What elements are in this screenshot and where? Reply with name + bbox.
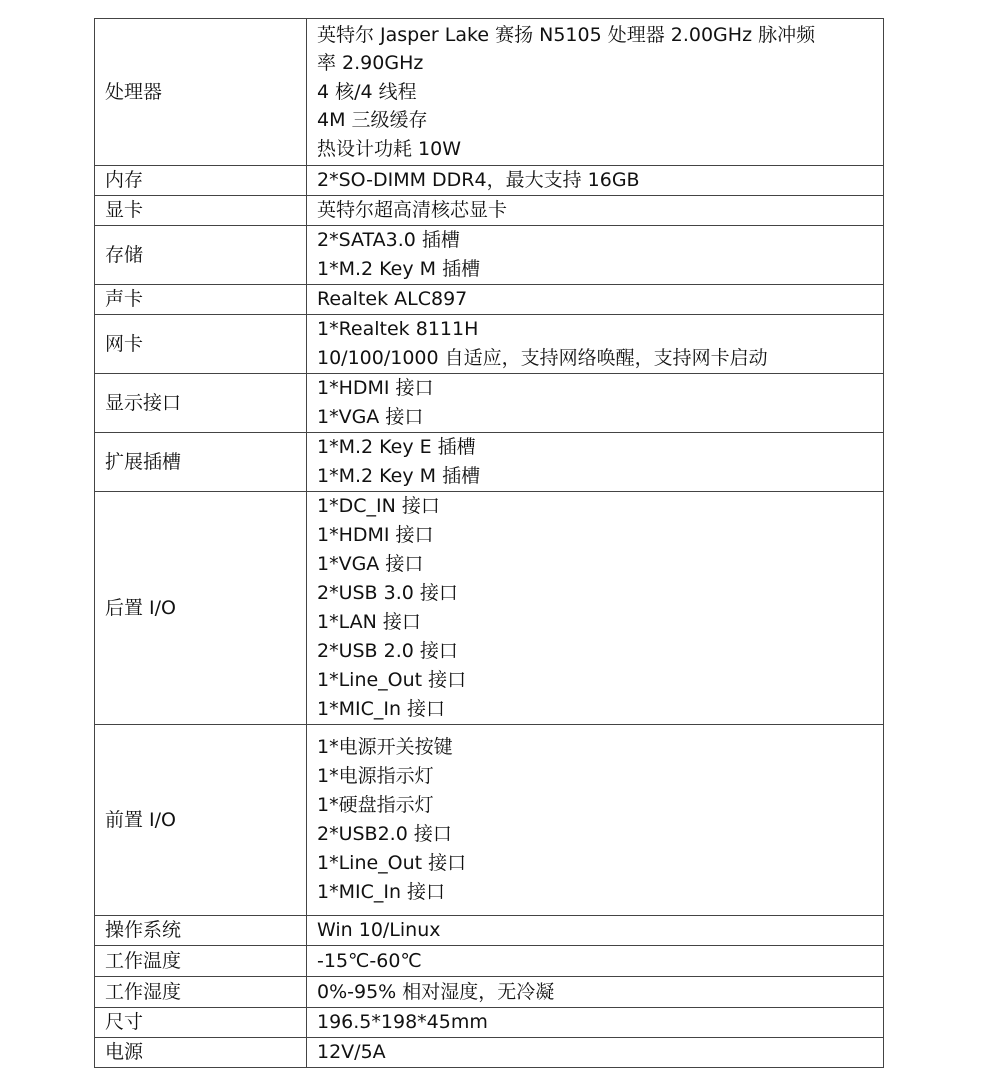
- spec-key: 后置 I/O: [95, 492, 307, 725]
- spec-value-line: 10/100/1000 自适应，支持网络唤醒，支持网卡启动: [317, 344, 883, 373]
- spec-value-line: 12V/5A: [317, 1038, 883, 1067]
- spec-value-line: 英特尔 Jasper Lake 赛扬 N5105 处理器 2.00GHz 脉冲频: [317, 21, 883, 50]
- spec-value: Realtek ALC897: [307, 285, 884, 315]
- spec-value: 1*Realtek 8111H10/100/1000 自适应，支持网络唤醒，支持…: [307, 315, 884, 374]
- spec-value-line: 4M 三级缓存: [317, 106, 883, 135]
- spec-value-line: 1*Line_Out 接口: [317, 849, 883, 878]
- spec-value-line: 1*电源开关按键: [317, 733, 883, 762]
- spec-value: 英特尔 Jasper Lake 赛扬 N5105 处理器 2.00GHz 脉冲频…: [307, 19, 884, 166]
- spec-value-line: 1*M.2 Key M 插槽: [317, 255, 883, 284]
- spec-value-line: 热设计功耗 10W: [317, 135, 883, 164]
- spec-value: Win 10/Linux: [307, 916, 884, 946]
- spec-value: 0%-95% 相对湿度，无冷凝: [307, 977, 884, 1008]
- spec-key: 操作系统: [95, 916, 307, 946]
- spec-value: 12V/5A: [307, 1038, 884, 1068]
- spec-row: 声卡Realtek ALC897: [95, 285, 884, 315]
- spec-value: 1*DC_IN 接口1*HDMI 接口1*VGA 接口2*USB 3.0 接口1…: [307, 492, 884, 725]
- spec-key: 前置 I/O: [95, 725, 307, 916]
- spec-row: 显卡英特尔超高清核芯显卡: [95, 196, 884, 226]
- spec-row: 工作温度-15℃-60℃: [95, 946, 884, 977]
- spec-value-line: Realtek ALC897: [317, 285, 883, 314]
- spec-value-line: 1*Realtek 8111H: [317, 315, 883, 344]
- spec-value-line: 2*SATA3.0 插槽: [317, 226, 883, 255]
- spec-value-line: 4 核/4 线程: [317, 78, 883, 107]
- spec-value-line: 2*SO-DIMM DDR4，最大支持 16GB: [317, 166, 883, 195]
- spec-row: 内存2*SO-DIMM DDR4，最大支持 16GB: [95, 166, 884, 196]
- spec-value-line: 1*HDMI 接口: [317, 521, 883, 550]
- spec-value-line: 1*Line_Out 接口: [317, 666, 883, 695]
- spec-key: 显示接口: [95, 374, 307, 433]
- spec-row: 网卡1*Realtek 8111H10/100/1000 自适应，支持网络唤醒，…: [95, 315, 884, 374]
- spec-value-line: 0%-95% 相对湿度，无冷凝: [317, 978, 883, 1007]
- spec-row: 工作湿度0%-95% 相对湿度，无冷凝: [95, 977, 884, 1008]
- spec-value-line: 196.5*198*45mm: [317, 1008, 883, 1037]
- spec-key: 工作温度: [95, 946, 307, 977]
- spec-row: 扩展插槽1*M.2 Key E 插槽1*M.2 Key M 插槽: [95, 433, 884, 492]
- spec-row: 电源12V/5A: [95, 1038, 884, 1068]
- spec-value-line: 1*VGA 接口: [317, 403, 883, 432]
- spec-key: 内存: [95, 166, 307, 196]
- spec-value-line: 2*USB 3.0 接口: [317, 579, 883, 608]
- spec-key: 尺寸: [95, 1008, 307, 1038]
- spec-value: 1*HDMI 接口1*VGA 接口: [307, 374, 884, 433]
- spec-value-line: 率 2.90GHz: [317, 49, 883, 78]
- spec-value-line: 1*MIC_In 接口: [317, 695, 883, 724]
- spec-key: 网卡: [95, 315, 307, 374]
- spec-value: 2*SO-DIMM DDR4，最大支持 16GB: [307, 166, 884, 196]
- spec-value-line: Win 10/Linux: [317, 916, 883, 945]
- spec-key: 处理器: [95, 19, 307, 166]
- spec-row: 后置 I/O1*DC_IN 接口1*HDMI 接口1*VGA 接口2*USB 3…: [95, 492, 884, 725]
- spec-value-line: 2*USB2.0 接口: [317, 820, 883, 849]
- spec-value-line: 1*DC_IN 接口: [317, 492, 883, 521]
- spec-key: 扩展插槽: [95, 433, 307, 492]
- spec-value-line: 1*VGA 接口: [317, 550, 883, 579]
- spec-row: 尺寸196.5*198*45mm: [95, 1008, 884, 1038]
- spec-value-line: 1*HDMI 接口: [317, 374, 883, 403]
- spec-row: 前置 I/O1*电源开关按键1*电源指示灯1*硬盘指示灯2*USB2.0 接口1…: [95, 725, 884, 916]
- spec-key: 显卡: [95, 196, 307, 226]
- spec-row: 处理器英特尔 Jasper Lake 赛扬 N5105 处理器 2.00GHz …: [95, 19, 884, 166]
- spec-value: 1*电源开关按键1*电源指示灯1*硬盘指示灯2*USB2.0 接口1*Line_…: [307, 725, 884, 916]
- spec-value: 1*M.2 Key E 插槽1*M.2 Key M 插槽: [307, 433, 884, 492]
- spec-row: 操作系统Win 10/Linux: [95, 916, 884, 946]
- spec-row: 显示接口1*HDMI 接口1*VGA 接口: [95, 374, 884, 433]
- spec-value-line: 1*LAN 接口: [317, 608, 883, 637]
- spec-value-line: 1*M.2 Key E 插槽: [317, 433, 883, 462]
- spec-value-line: -15℃-60℃: [317, 947, 883, 976]
- spec-table-body: 处理器英特尔 Jasper Lake 赛扬 N5105 处理器 2.00GHz …: [95, 19, 884, 1068]
- spec-value-line: 1*M.2 Key M 插槽: [317, 462, 883, 491]
- spec-value-line: 1*MIC_In 接口: [317, 878, 883, 907]
- spec-value-line: 2*USB 2.0 接口: [317, 637, 883, 666]
- spec-value-line: 1*硬盘指示灯: [317, 791, 883, 820]
- spec-key: 电源: [95, 1038, 307, 1068]
- spec-key: 声卡: [95, 285, 307, 315]
- spec-key: 存储: [95, 226, 307, 285]
- spec-value-line: 英特尔超高清核芯显卡: [317, 196, 883, 225]
- spec-row: 存储2*SATA3.0 插槽1*M.2 Key M 插槽: [95, 226, 884, 285]
- spec-value: 英特尔超高清核芯显卡: [307, 196, 884, 226]
- spec-key: 工作湿度: [95, 977, 307, 1008]
- spec-value: -15℃-60℃: [307, 946, 884, 977]
- spec-value-line: 1*电源指示灯: [317, 762, 883, 791]
- spec-value: 196.5*198*45mm: [307, 1008, 884, 1038]
- spec-value: 2*SATA3.0 插槽1*M.2 Key M 插槽: [307, 226, 884, 285]
- spec-table: 处理器英特尔 Jasper Lake 赛扬 N5105 处理器 2.00GHz …: [94, 18, 884, 1068]
